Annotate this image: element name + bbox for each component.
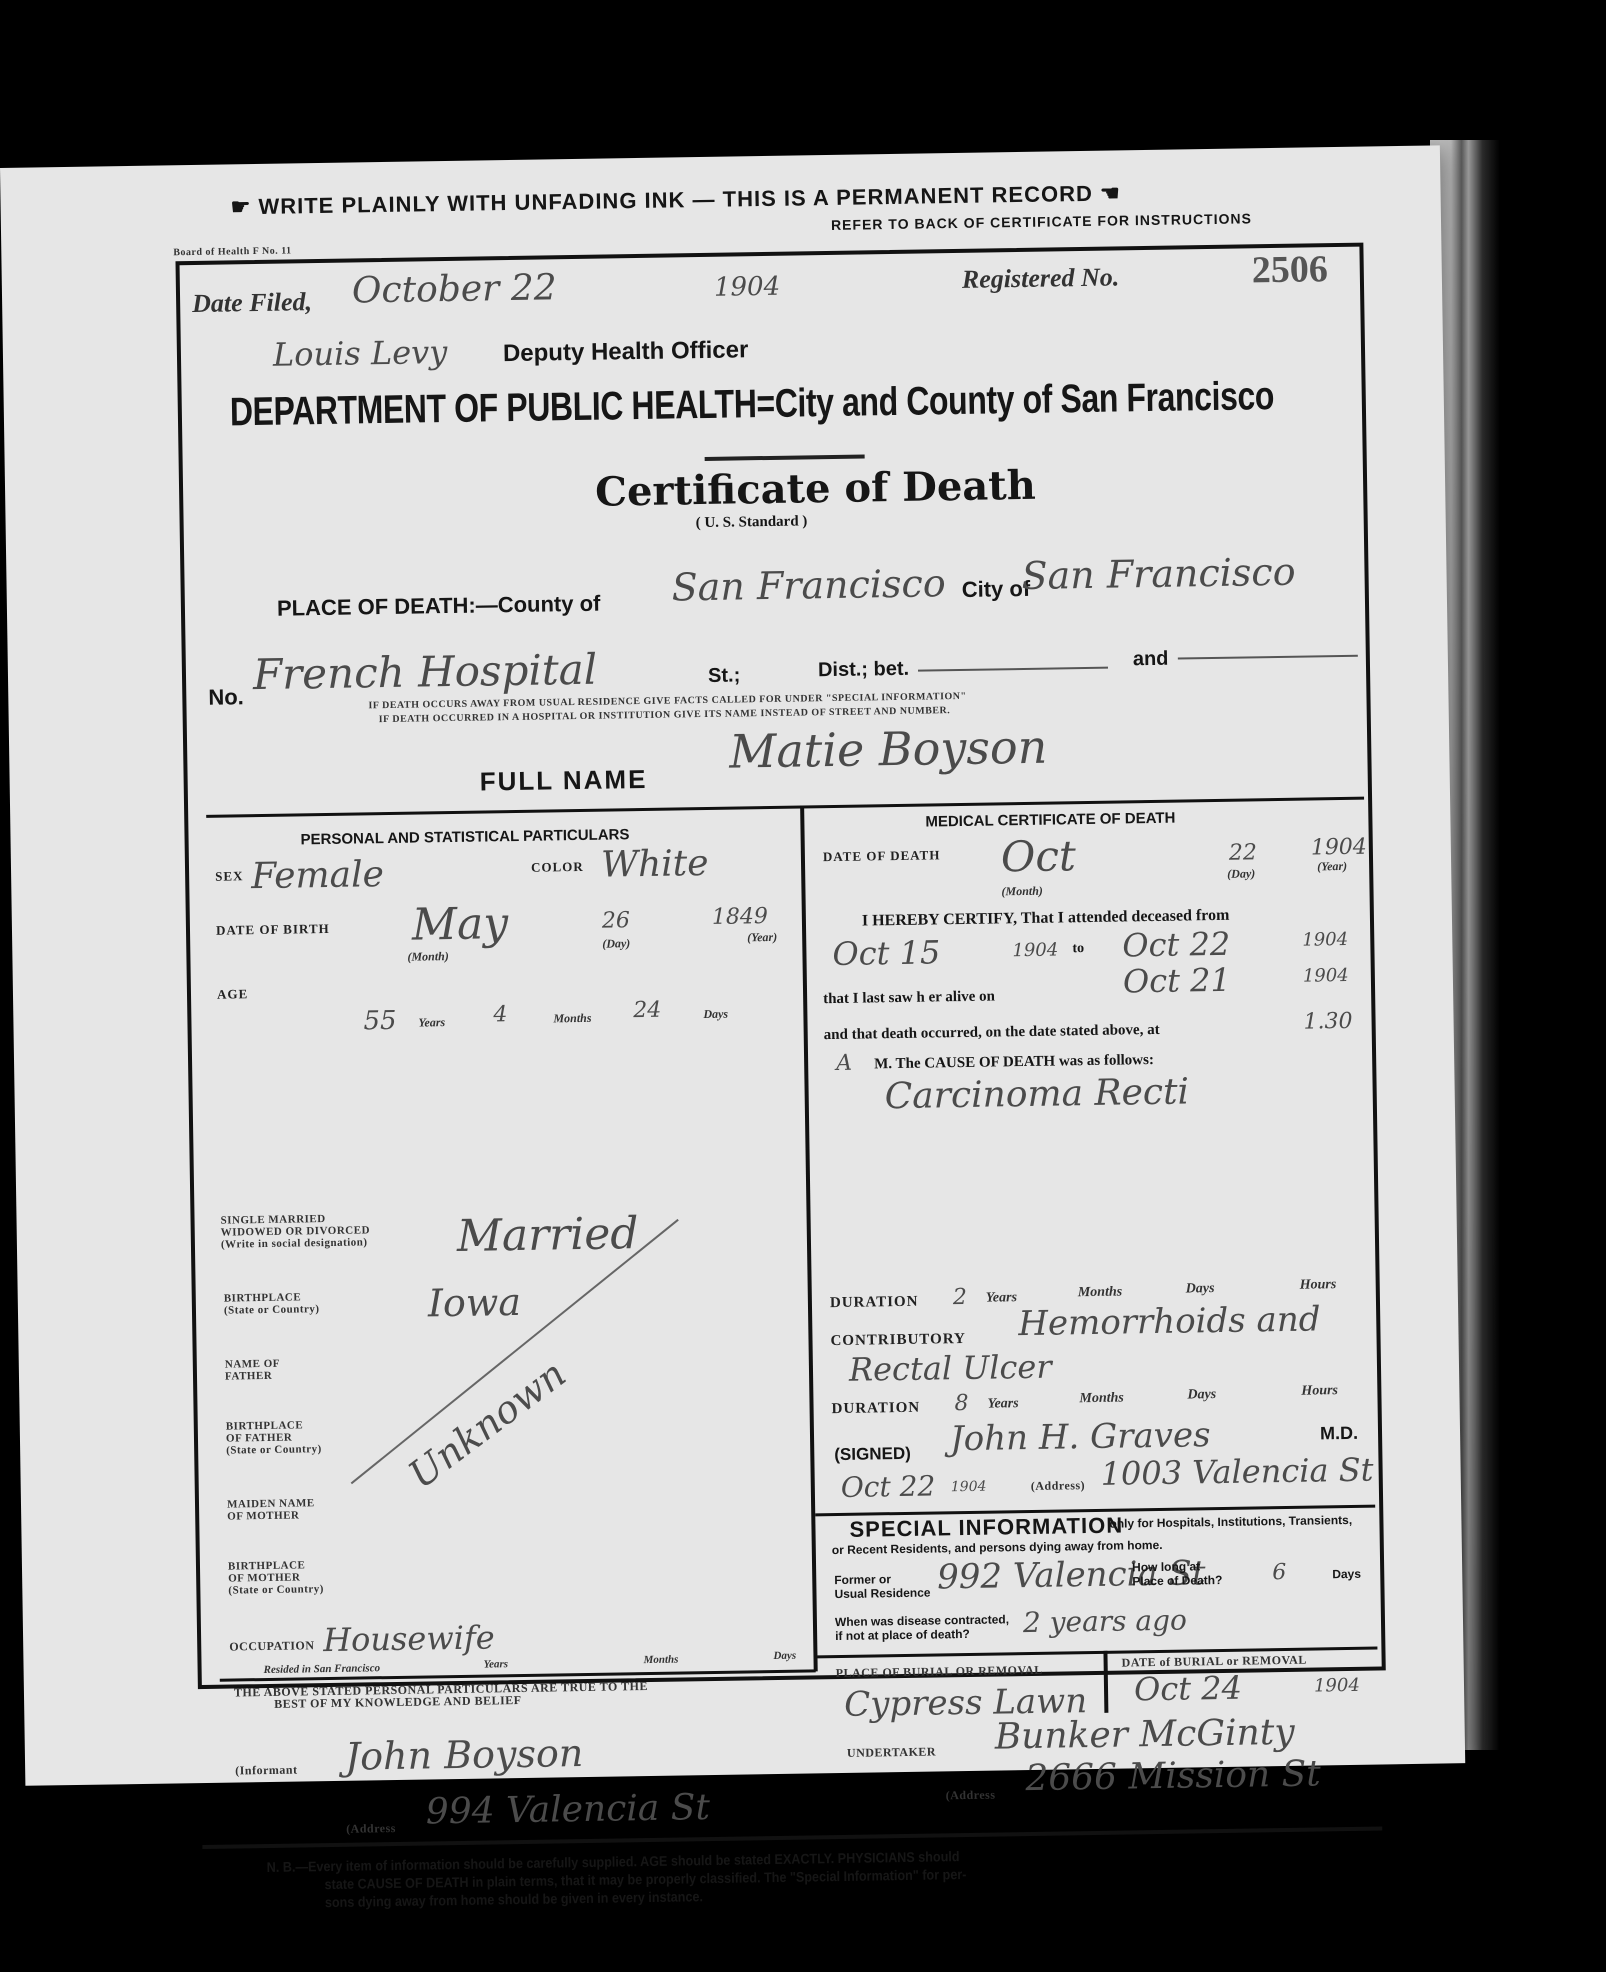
signed-date: Oct 22 xyxy=(841,1469,936,1503)
dod-month: Oct xyxy=(1001,831,1077,881)
officer-title: Deputy Health Officer xyxy=(503,336,749,368)
father-name-label: NAME OF FATHER xyxy=(225,1358,281,1383)
age-years: 55 xyxy=(363,1006,397,1037)
informant-address-value: 994 Valencia St xyxy=(426,1787,711,1832)
attest-text: THE ABOVE STATED PERSONAL PARTICULARS AR… xyxy=(234,1680,648,1710)
attended-from: Oct 15 xyxy=(832,933,940,973)
duration-2-days-caption: Days xyxy=(1187,1387,1216,1403)
to-label: to xyxy=(1072,941,1084,957)
birthplace-label: BIRTHPLACE (State or Country) xyxy=(224,1291,320,1316)
contributory-value-1: Hemorrhoids and xyxy=(1018,1299,1321,1344)
resided-label: Resided in San Francisco xyxy=(264,1662,381,1676)
resided-years-caption: Years xyxy=(483,1658,508,1670)
dod-month-caption: (Month) xyxy=(1001,884,1043,900)
duration-2-months-caption: Months xyxy=(1079,1391,1124,1408)
duration-2-years-caption: Years xyxy=(987,1396,1018,1412)
mother-maiden-name-label: MAIDEN NAME OF MOTHER xyxy=(227,1497,315,1522)
duration-label-2: DURATION xyxy=(831,1400,920,1418)
nb-footer: N. B.—Every item of information should b… xyxy=(267,1847,967,1912)
contributory-value-2: Rectal Ulcer xyxy=(849,1348,1052,1389)
dob-year: 1849 xyxy=(712,904,768,930)
officer-signature: Louis Levy xyxy=(273,333,448,374)
full-name-value: Matie Boyson xyxy=(729,720,1048,779)
occupation-label: OCCUPATION xyxy=(229,1639,314,1652)
cause-value: Carcinoma Recti xyxy=(884,1071,1189,1117)
street-no-label: No. xyxy=(208,684,244,711)
birthplace-value: Iowa xyxy=(428,1280,522,1325)
pointing-hand-left-icon: ☚ xyxy=(1093,180,1121,205)
and-label: and xyxy=(1133,648,1169,672)
contributory-label: CONTRIBUTORY xyxy=(830,1331,966,1350)
physician-address-label: (Address) xyxy=(1031,1479,1085,1492)
former-residence-label: Former or Usual Residence xyxy=(834,1572,930,1602)
dod-year-caption: (Year) xyxy=(1317,859,1347,874)
refer-instructions: REFER TO BACK OF CERTIFICATE FOR INSTRUC… xyxy=(831,210,1252,233)
informant-label: (Informant xyxy=(235,1764,298,1777)
mother-birthplace-label: BIRTHPLACE OF MOTHER (State or Country) xyxy=(228,1559,324,1596)
color-value: White xyxy=(601,843,709,886)
last-saw-value: Oct 21 xyxy=(1123,961,1231,1001)
dod-year: 1904 xyxy=(1311,835,1367,861)
dob-month: May xyxy=(412,898,509,951)
marital-value: Married xyxy=(456,1208,638,1262)
dob-day: 26 xyxy=(602,908,630,933)
resided-months-caption: Months xyxy=(643,1654,678,1667)
informant-value: John Boyson xyxy=(345,1731,584,1779)
undertaker-label: UNDERTAKER xyxy=(847,1745,936,1758)
signed-label: (SIGNED) xyxy=(834,1444,911,1465)
last-saw-year: 1904 xyxy=(1303,965,1349,987)
duration-1-hours-caption: Hours xyxy=(1300,1277,1337,1294)
burial-date-value: Oct 24 xyxy=(1134,1669,1242,1709)
contracted-value: 2 years ago xyxy=(1023,1604,1187,1640)
attended-from-year: 1904 xyxy=(1012,939,1058,961)
age-days: 24 xyxy=(633,998,661,1023)
dob-day-caption: (Day) xyxy=(602,936,630,951)
date-filed-label: Date Filed, xyxy=(192,287,312,319)
how-long-days: Days xyxy=(1332,1567,1361,1581)
dod-day: 22 xyxy=(1229,840,1257,865)
last-saw-label: that I last saw h er alive on xyxy=(823,988,995,1008)
city-label: City of xyxy=(962,576,1031,603)
dob-month-caption: (Month) xyxy=(407,949,449,965)
physician-signature: John H. Graves xyxy=(950,1415,1211,1459)
sex-label: SEX xyxy=(215,868,244,884)
dod-day-caption: (Day) xyxy=(1227,866,1255,881)
md-label: M.D. xyxy=(1320,1423,1358,1445)
how-long-label: How long at Place of Death? xyxy=(1132,1559,1222,1588)
resided-days-caption: Days xyxy=(773,1650,796,1662)
age-months: 4 xyxy=(493,1002,507,1027)
undertaker-address-label: (Address xyxy=(946,1789,996,1802)
duration-2-hours-caption: Hours xyxy=(1301,1383,1338,1400)
burial-place-label: PLACE OF BURIAL OR REMOVAL xyxy=(836,1664,1043,1679)
duration-1-years: 2 xyxy=(953,1285,967,1310)
dob-label: DATE OF BIRTH xyxy=(216,921,330,939)
city-value: San Francisco xyxy=(1021,550,1296,598)
duration-2-years: 8 xyxy=(954,1391,968,1416)
father-birthplace-label: BIRTHPLACE OF FATHER (State or Country) xyxy=(226,1419,322,1456)
registered-number: 2506 xyxy=(1251,247,1328,292)
burial-date-label: DATE of BURIAL or REMOVAL xyxy=(1122,1654,1307,1669)
duration-1-months-caption: Months xyxy=(1078,1285,1123,1302)
time-of-death: 1.30 xyxy=(1303,1009,1352,1035)
physician-address-value: 1003 Valencia St xyxy=(1100,1451,1373,1493)
pointing-hand-icon: ☛ xyxy=(230,194,258,219)
date-filed-value: October 22 xyxy=(352,267,557,311)
us-standard: ( U. S. Standard ) xyxy=(696,513,808,532)
informant-address-label: (Address xyxy=(346,1822,396,1835)
st-label: St.; xyxy=(708,664,741,688)
dist-bet-label: Dist.; bet. xyxy=(818,658,909,682)
age-months-caption: Months xyxy=(553,1011,591,1027)
duration-1-days-caption: Days xyxy=(1186,1281,1215,1297)
am-value: A xyxy=(836,1051,852,1076)
undertaker-value: Bunker McGinty xyxy=(994,1712,1294,1758)
death-certificate: ☛ WRITE PLAINLY WITH UNFADING INK — THIS… xyxy=(0,145,1465,1785)
occupation-value: Housewife xyxy=(323,1618,495,1659)
date-filed-year: 1904 xyxy=(714,272,781,303)
county-value: San Francisco xyxy=(671,561,946,609)
age-label: AGE xyxy=(217,986,248,1002)
color-label: COLOR xyxy=(531,859,584,876)
certificate-title: Certificate of Death xyxy=(595,462,1036,516)
place-of-death-label: PLACE OF DEATH:—County of xyxy=(277,591,601,622)
registered-label: Registered No. xyxy=(962,262,1120,294)
full-name-label: FULL NAME xyxy=(479,764,647,798)
age-days-caption: Days xyxy=(703,1007,728,1022)
dod-label: DATE OF DEATH xyxy=(823,847,941,865)
sex-value: Female xyxy=(251,854,384,897)
contracted-label: When was disease contracted, if not at p… xyxy=(835,1612,1009,1643)
undertaker-address-value: 2666 Mission St xyxy=(1025,1753,1321,1799)
age-years-caption: Years xyxy=(418,1015,445,1030)
attended-to-year: 1904 xyxy=(1302,929,1348,951)
burial-date-year: 1904 xyxy=(1314,1675,1360,1697)
street-no-value: French Hospital xyxy=(253,645,598,699)
form-number: Board of Health F No. 11 xyxy=(173,245,291,259)
marital-label: SINGLE MARRIED WIDOWED OR DIVORCED (Writ… xyxy=(220,1212,370,1250)
duration-1-years-caption: Years xyxy=(986,1290,1017,1306)
attended-to: Oct 22 xyxy=(1122,925,1230,965)
dob-year-caption: (Year) xyxy=(747,930,777,945)
signed-year: 1904 xyxy=(951,1479,987,1496)
how-long-value: 6 xyxy=(1272,1560,1286,1585)
duration-label-1: DURATION xyxy=(830,1294,919,1312)
